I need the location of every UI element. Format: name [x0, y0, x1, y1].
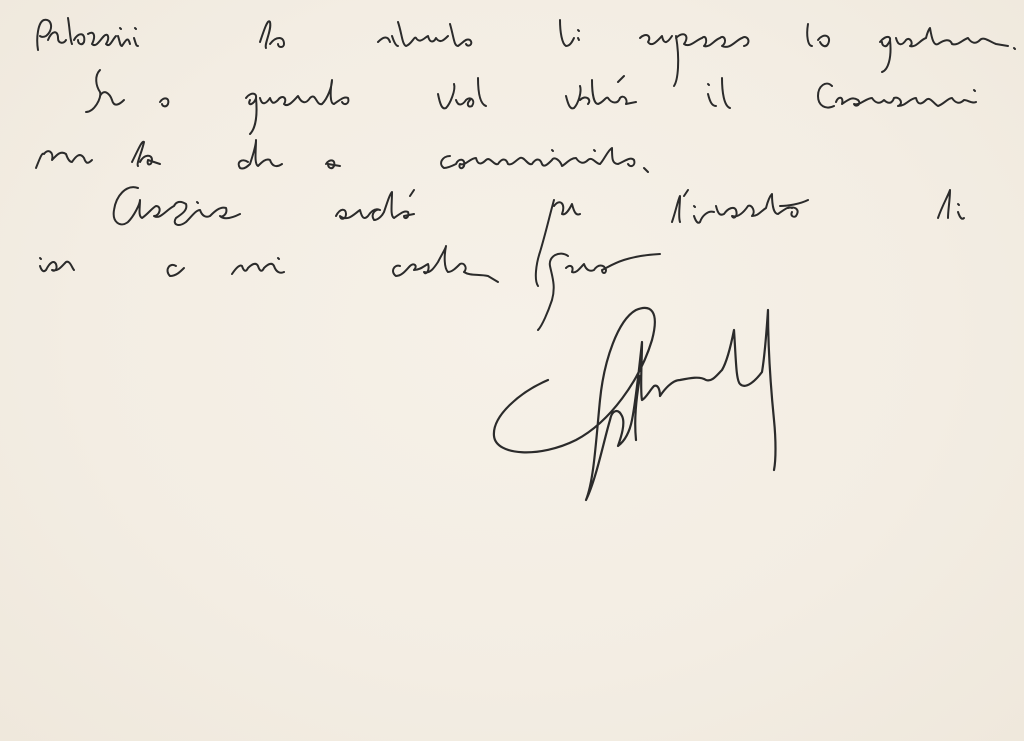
ink-line-4 [114, 187, 964, 286]
signature-ink [494, 308, 776, 500]
ink-line-1 [37, 18, 1015, 86]
ink-line-2 [86, 70, 976, 134]
letter-sheet: Palazzini ha ritenuto di superare la que… [0, 0, 1024, 741]
ink-line-5 [40, 246, 660, 330]
handwriting-ink [0, 0, 1024, 741]
ink-line-3 [36, 140, 648, 172]
